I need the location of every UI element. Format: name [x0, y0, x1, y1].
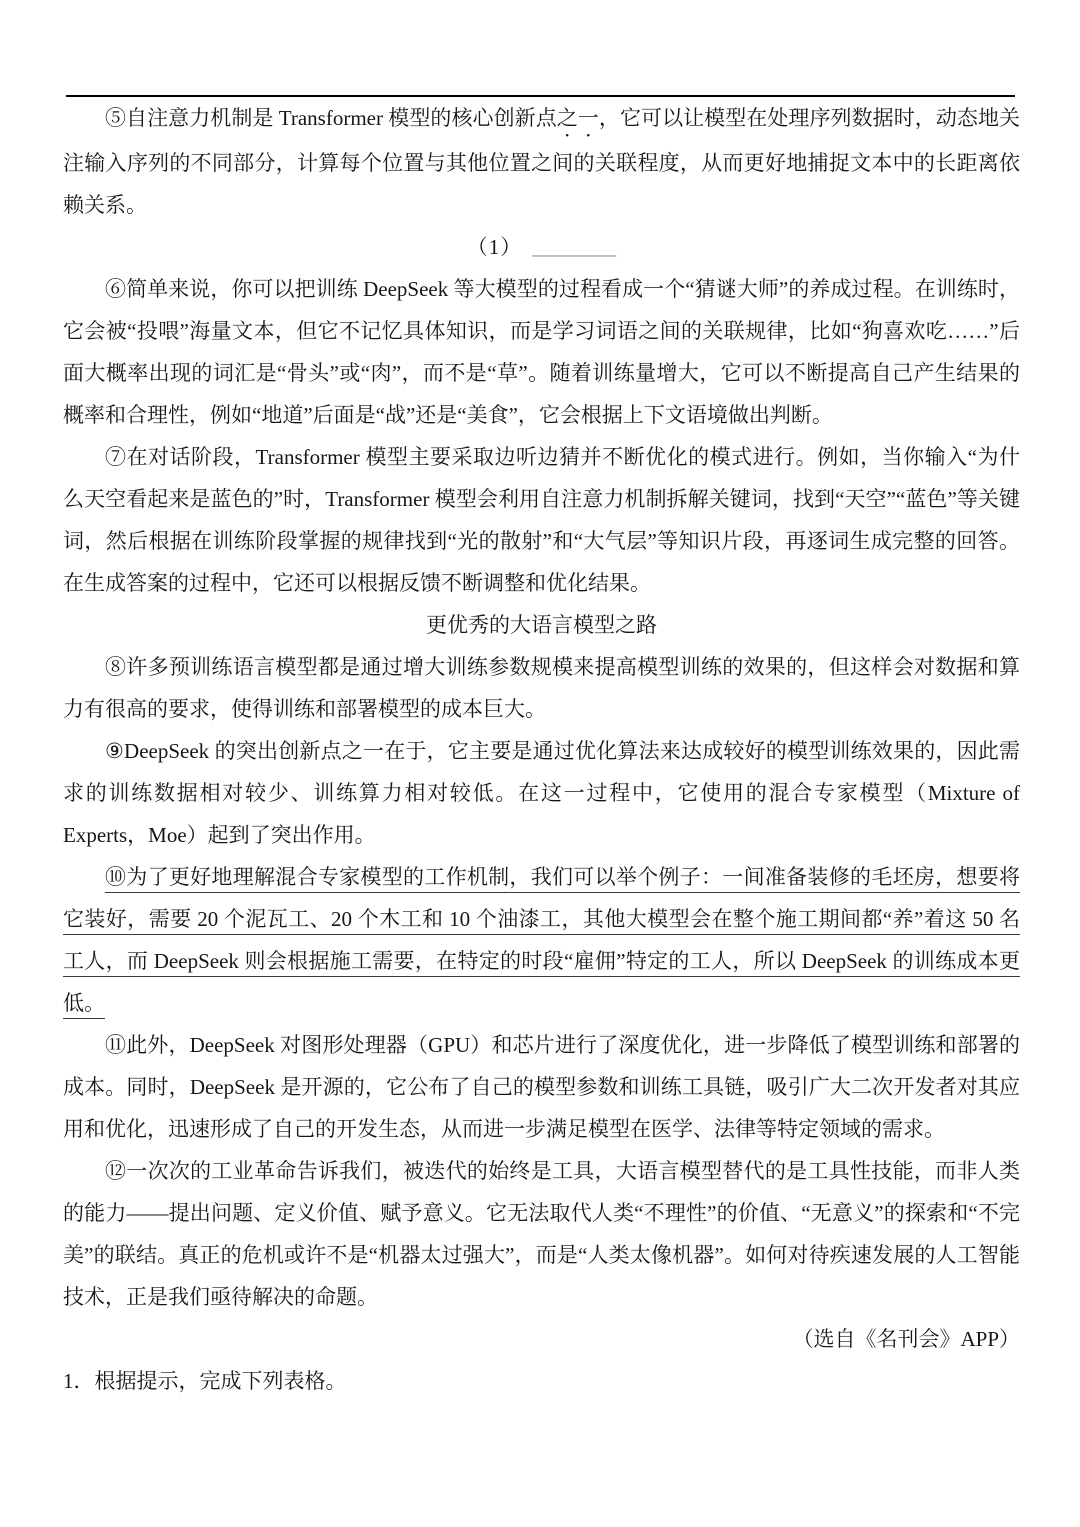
paragraph-7: ⑦在对话阶段，Transformer 模型主要采取边听边猜并不断优化的模式进行。…	[63, 436, 1020, 604]
blank-item-1-underline: ________	[532, 235, 616, 259]
question-1: 1．根据提示，完成下列表格。	[63, 1360, 1020, 1402]
paragraph-9: ⑨DeepSeek 的突出创新点之一在于，它主要是通过优化算法来达成较好的模型训…	[63, 730, 1020, 856]
paragraph-11: ⑪此外，DeepSeek 对图形处理器（GPU）和芯片进行了深度优化，进一步降低…	[63, 1024, 1020, 1150]
paragraph-5-emphasized-text: 之一	[557, 106, 599, 130]
document-page: ⑤自注意力机制是 Transformer 模型的核心创新点之一，它可以让模型在处…	[0, 0, 1080, 1527]
document-body: ⑤自注意力机制是 Transformer 模型的核心创新点之一，它可以让模型在处…	[63, 97, 1020, 1402]
paragraph-10: ⑩为了更好地理解混合专家模型的工作机制，我们可以举个例子：一间准备装修的毛坯房，…	[63, 856, 1020, 1024]
section-heading: 更优秀的大语言模型之路	[63, 604, 1020, 646]
source-attribution: （选自《名刊会》APP）	[63, 1318, 1020, 1360]
paragraph-12: ⑫一次次的工业革命告诉我们，被迭代的始终是工具，大语言模型替代的是工具性技能，而…	[63, 1150, 1020, 1318]
paragraph-5: ⑤自注意力机制是 Transformer 模型的核心创新点之一，它可以让模型在处…	[63, 97, 1020, 226]
paragraph-5-text-before: ⑤自注意力机制是 Transformer 模型的核心创新点	[105, 106, 557, 130]
paragraph-6: ⑥简单来说，你可以把训练 DeepSeek 等大模型的过程看成一个“猜谜大师”的…	[63, 268, 1020, 436]
paragraph-8: ⑧许多预训练语言模型都是通过增大训练参数规模来提高模型训练的效果的，但这样会对数…	[63, 646, 1020, 730]
blank-item-1: （1）________	[63, 226, 1020, 268]
blank-item-1-label: （1）	[467, 235, 523, 259]
